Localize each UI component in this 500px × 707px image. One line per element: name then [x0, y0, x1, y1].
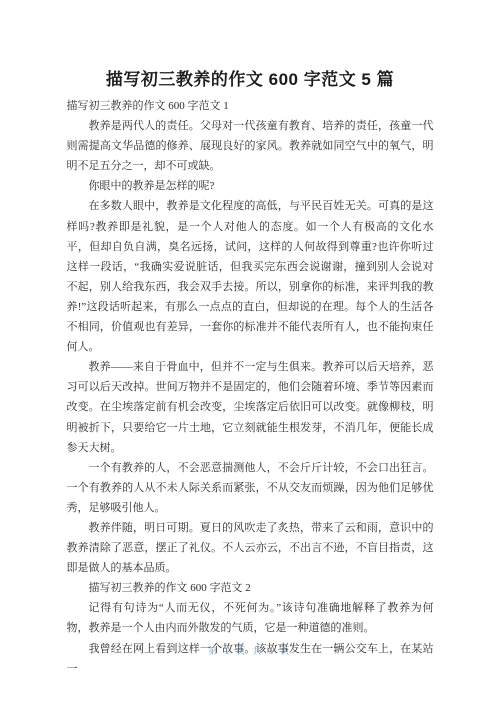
- section-heading-2: 描写初三教养的作文 600 字范文 2: [67, 578, 434, 598]
- document-page: 描写初三教养的作文 600 字范文 5 篇 描写初三教养的作文 600 字范文 …: [0, 0, 500, 707]
- document-body: 描写初三教养的作文 600 字范文 1 教养是两代人的责任。父母对一代孩童有教育…: [67, 96, 434, 679]
- paragraph: 教养——来自于骨血中，但并不一定与生俱来。教养可以后天培养，恶习可以后天改掉。世…: [67, 357, 434, 457]
- paragraph: 记得有句诗为“人而无仪，不死何为。”该诗句准确地解释了教养为何物，教养是一个人由…: [67, 598, 434, 638]
- paragraph: 一个有教养的人，不会恶意揣测他人，不会斤斤计较，不会口出狂言。一个有教养的人从不…: [67, 458, 434, 518]
- paragraph: 在多数人眼中，教养是文化程度的高低，与平民百姓无关。可真的是这样吗?教养即是礼貌…: [67, 196, 434, 357]
- paragraph: 你眼中的教养是怎样的呢?: [67, 176, 434, 196]
- section-heading-1: 描写初三教养的作文 600 字范文 1: [67, 96, 434, 116]
- paragraph: 教养是两代人的责任。父母对一代孩童有教育、培养的责任，孩童一代则需提高文华品德的…: [67, 116, 434, 176]
- page-number-indicator: 第 1 页 共 5 页: [0, 644, 500, 657]
- document-title: 描写初三教养的作文 600 字范文 5 篇: [0, 0, 500, 90]
- paragraph: 教养伴随，明日可期。夏日的风吹走了炙热，带来了云和雨，意识中的教养清除了恶意，摆…: [67, 518, 434, 578]
